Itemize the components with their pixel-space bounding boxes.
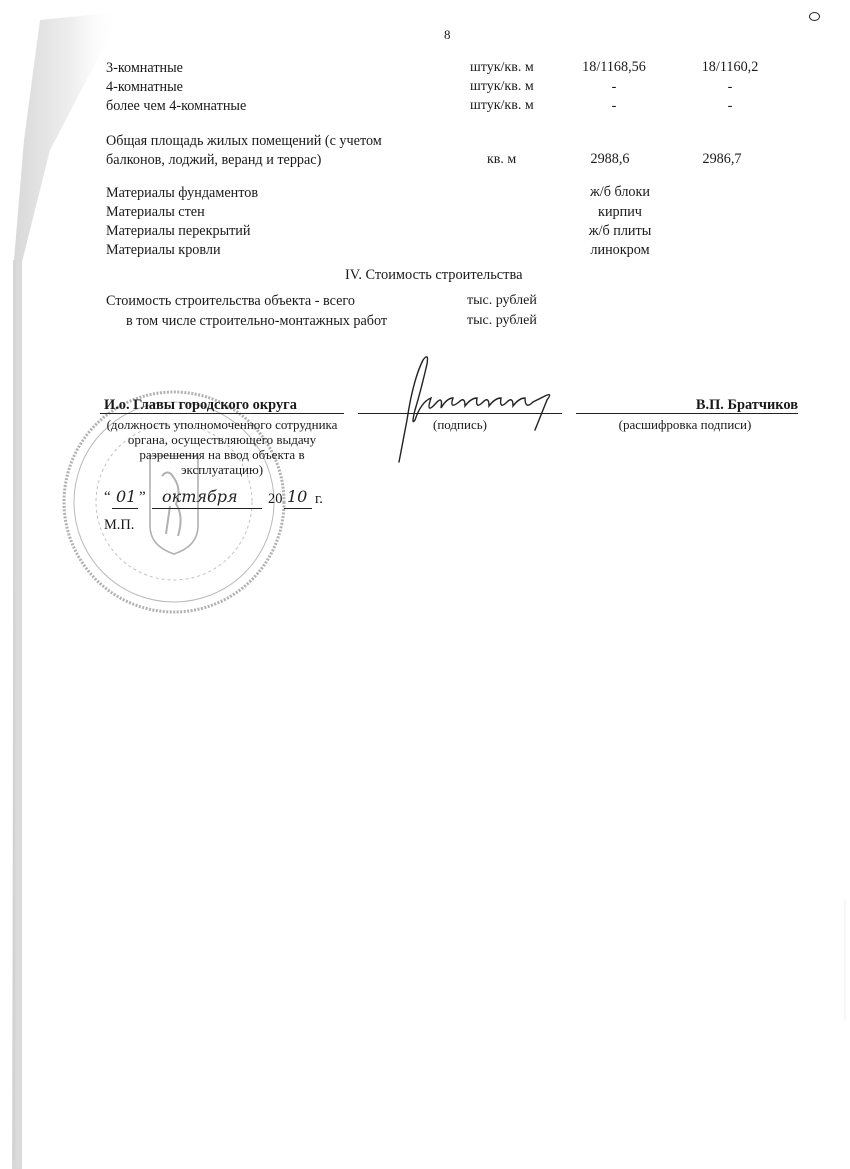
position-underline (100, 413, 344, 414)
handwritten-signature (385, 350, 565, 465)
total-area-actual: 2986,7 (672, 152, 772, 166)
material-value: кирпич (565, 205, 675, 219)
row-label: 4-комнатные (106, 80, 183, 94)
date-year-prefix: 20 (268, 492, 282, 506)
day-underline (112, 508, 138, 509)
cost-construction-unit: тыс. рублей (467, 314, 537, 328)
date-month: октября (162, 489, 238, 505)
total-area-label-line1: Общая площадь жилых помещений (с учетом (106, 134, 382, 148)
material-label: Материалы стен (106, 205, 205, 219)
cost-total-label: Стоимость строительства объекта - всего (106, 294, 355, 308)
row-label: более чем 4-комнатные (106, 99, 246, 113)
material-value: ж/б блоки (565, 185, 675, 199)
row-planned-value: 18/1168,56 (560, 60, 668, 74)
seal-place-label: М.П. (104, 518, 134, 532)
material-value: линокром (565, 243, 675, 257)
position-caption: (должность уполномоченного сотрудника ор… (100, 417, 344, 477)
row-unit: штук/кв. м (470, 61, 534, 75)
signer-name: В.П. Братчиков (676, 398, 798, 412)
cost-total-unit: тыс. рублей (467, 294, 537, 308)
material-label: Материалы перекрытий (106, 224, 251, 238)
row-planned-value: - (560, 80, 668, 94)
official-position: И.о. Главы городского округа (104, 398, 297, 412)
page-number: 8 (444, 28, 451, 41)
total-area-planned: 2988,6 (560, 152, 660, 166)
name-underline (576, 413, 798, 414)
row-unit: штук/кв. м (470, 80, 534, 94)
row-planned-value: - (560, 99, 668, 113)
year-underline (284, 508, 312, 509)
material-label: Материалы кровли (106, 243, 221, 257)
row-actual-value: 18/1160,2 (680, 60, 780, 74)
material-label: Материалы фундаментов (106, 186, 258, 200)
month-underline (152, 508, 262, 509)
row-label: 3-комнатные (106, 61, 183, 75)
material-value: ж/б плиты (565, 224, 675, 238)
date-open-quote: “ (104, 490, 111, 505)
total-area-label-line2: балконов, лоджий, веранд и террас) (106, 153, 321, 167)
scan-edge-shadow (0, 0, 850, 1169)
section-title: IV. Стоимость строительства (345, 268, 522, 282)
date-year-suffix: 10 (287, 489, 307, 505)
date-close-quote: ” (139, 490, 146, 505)
total-area-unit: кв. м (487, 153, 516, 167)
cost-construction-label: в том числе строительно-монтажных работ (126, 314, 387, 328)
row-actual-value: - (680, 99, 780, 113)
row-unit: штук/кв. м (470, 99, 534, 113)
date-year-unit: г. (315, 492, 323, 506)
name-caption: (расшифровка подписи) (580, 417, 790, 432)
signature-caption: (подпись) (380, 417, 540, 432)
date-day: 01 (116, 489, 136, 505)
row-actual-value: - (680, 80, 780, 94)
corner-pen-mark (809, 12, 820, 21)
